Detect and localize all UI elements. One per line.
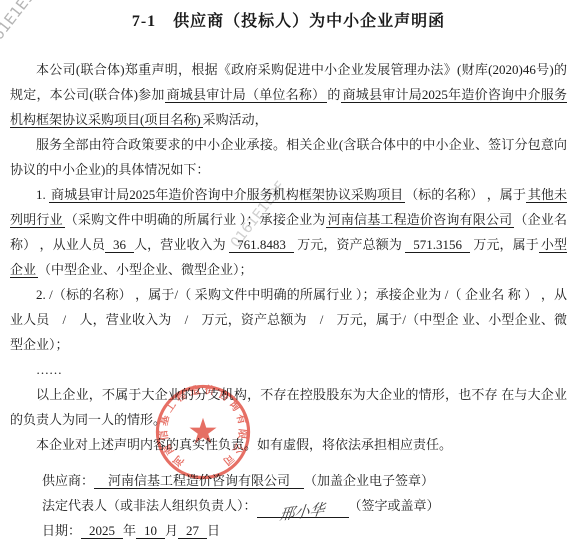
blank-subject-name: 商城县审计局2025年造价咨询中介服务机构框架协议采购项目 xyxy=(49,187,405,203)
paragraph-ellipsis: …… xyxy=(10,357,567,382)
text-segment: 采购活动， xyxy=(203,112,268,127)
document-content: 7-1 供应商（投标人）为中小企业声明函 本公司(联合体)郑重声明，根据《政府采… xyxy=(0,8,575,543)
legal-rep-line: 法定代表人（或非法人组织负责人）：邢小华（签字或盖章） xyxy=(42,494,567,518)
text-segment: （采购文件中明确的所属行业 ）；承接企业为 xyxy=(65,212,326,227)
paragraph-responsibility: 本企业对上述声明内容的真实性负责。如有虚假，将依法承担相应责任。 xyxy=(10,432,567,457)
text-segment: （标的名称） ，属于 xyxy=(405,187,526,202)
paragraph-sme-statement: 服务全部由符合政策要求的中小企业承接。相关企业(含联合体中的中小企业、签订分包意… xyxy=(10,132,567,182)
text-segment: （中型企业、小型企业、微型企业）； xyxy=(38,262,253,277)
blank-employee-count: 36 xyxy=(105,237,134,253)
text-segment: 万元，资产总额为 xyxy=(297,237,402,252)
supplier-name: 河南信基工程造价咨询有限公司 xyxy=(94,473,304,489)
item-number: 1. xyxy=(36,187,46,202)
paragraph-item-1: 1. 商城县审计局2025年造价咨询中介服务机构框架协议采购项目（标的名称） ，… xyxy=(10,182,567,282)
page-title: 7-1 供应商（投标人）为中小企业声明函 xyxy=(10,8,567,31)
date-day: 27 xyxy=(178,523,207,539)
day-char: 日 xyxy=(207,523,220,538)
signature-block: 供应商：河南信基工程造价咨询有限公司（加盖企业电子签章） 法定代表人（或非法人组… xyxy=(42,469,567,543)
blank-total-assets: 571.3156 xyxy=(405,237,470,253)
blank-revenue: 761.8483 xyxy=(229,237,294,253)
blank-unit-name: 商城县审计局（单位名称） xyxy=(165,87,328,103)
text-segment: 的 xyxy=(327,87,340,102)
month-char: 月 xyxy=(165,523,178,538)
date-label: 日期： xyxy=(42,523,81,538)
supplier-suffix: （加盖企业电子签章） xyxy=(304,473,434,488)
paragraph-no-large-enterprise: 以上企业，不属于大企业的分支机构，不存在控股股东为大企业的情形，也不存 在与大企… xyxy=(10,382,567,432)
text-segment: 万元，属于 xyxy=(473,237,538,252)
paragraph-item-2: 2. /（标的名称） ，属于/（ 采购文件中明确的所属行业 ）；承接企业为 /（… xyxy=(10,282,567,357)
date-year: 2025 xyxy=(81,523,123,539)
date-month: 10 xyxy=(136,523,165,539)
blank-undertaking-company: 河南信基工程造价咨询有限公司 xyxy=(326,212,515,228)
text-segment: 人，营业收入为 xyxy=(134,237,226,252)
legal-rep-suffix: （签字或盖章） xyxy=(349,498,440,513)
supplier-label: 供应商： xyxy=(42,473,94,488)
paragraph-declaration: 本公司(联合体)郑重声明，根据《政府采购促进中小企业发展管理办法》(财库(202… xyxy=(10,57,567,132)
supplier-line: 供应商：河南信基工程造价咨询有限公司（加盖企业电子签章） xyxy=(42,469,567,493)
document-page: 0161E1E9F 0161E1E9F 7-1 供应商（投标人）为中小企业声明函… xyxy=(0,0,575,554)
signature-field: 邢小华 xyxy=(257,497,349,518)
legal-rep-label: 法定代表人（或非法人组织负责人）： xyxy=(42,498,257,513)
year-char: 年 xyxy=(123,523,136,538)
